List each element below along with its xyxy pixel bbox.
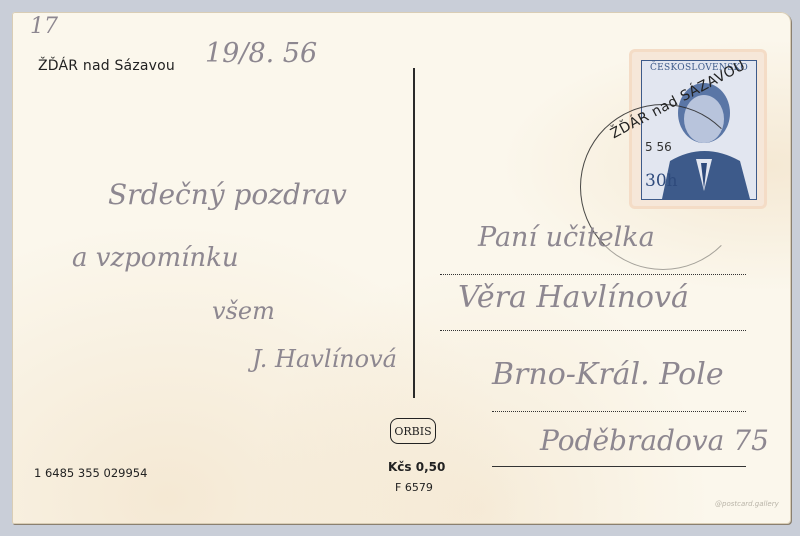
watermark: @postcard.gallery (715, 500, 779, 508)
print-code: F 6579 (395, 481, 433, 494)
handwritten-date: 19/8. 56 (205, 38, 317, 69)
message-line-3: všem (212, 297, 275, 325)
address-line-1: Paní učitelka (478, 222, 655, 253)
address-rule-3 (492, 411, 746, 412)
serial-number: 1 6485 355 029954 (34, 466, 147, 480)
place-title: ŽĎÁR nad Sázavou (38, 58, 175, 74)
address-rule-2 (440, 330, 746, 331)
address-line-2: Věra Havlínová (458, 280, 689, 315)
corner-number: 17 (30, 14, 58, 39)
price: Kčs 0,50 (388, 460, 445, 474)
publisher-logo: ORBIS (390, 418, 436, 444)
address-rule-1 (440, 274, 746, 275)
signature: J. Havlínová (252, 345, 397, 373)
message-line-2: a vzpomínku (72, 243, 239, 273)
address-rule-4 (492, 466, 746, 467)
postmark-date: 5 56 (645, 140, 672, 154)
center-divider (413, 68, 415, 398)
message-line-1: Srdečný pozdrav (108, 178, 347, 211)
address-line-4: Poděbradova 75 (540, 424, 769, 457)
address-line-3: Brno-Král. Pole (492, 357, 724, 392)
